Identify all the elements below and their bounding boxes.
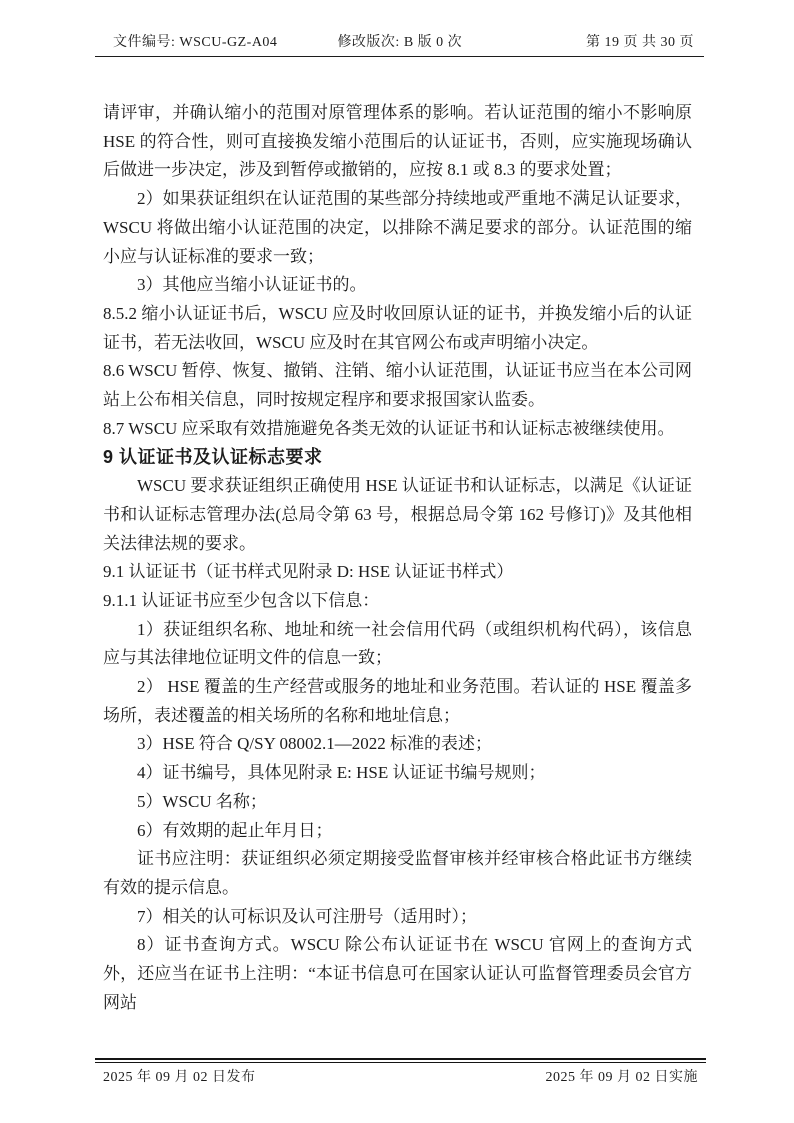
paragraph: 9.1 认证证书（证书样式见附录 D: HSE 认证证书样式） <box>103 558 692 587</box>
paragraph: 8.7 WSCU 应采取有效措施避免各类无效的认证证书和认证标志被继续使用。 <box>103 415 692 444</box>
paragraph: 3）HSE 符合 Q/SY 08002.1—2022 标准的表述； <box>103 730 692 759</box>
paragraph: 9.1.1 认证证书应至少包含以下信息： <box>103 587 692 616</box>
paragraph: 4）证书编号，具体见附录 E: HSE 认证证书编号规则； <box>103 759 692 788</box>
paragraph: 8.5.2 缩小认证证书后，WSCU 应及时收回原认证的证书，并换发缩小后的认证… <box>103 300 692 357</box>
paragraph: 2） HSE 覆盖的生产经营或服务的地址和业务范围。若认证的 HSE 覆盖多场所… <box>103 673 692 730</box>
paragraph: 5）WSCU 名称； <box>103 788 692 817</box>
footer-divider <box>95 1058 706 1063</box>
page-footer: 2025 年 09 月 02 日发布 2025 年 09 月 02 日实施 <box>103 1066 698 1086</box>
paragraph: 7）相关的认可标识及认可注册号（适用时）； <box>103 903 692 932</box>
doc-number: 文件编号: WSCU-GZ-A04 <box>113 31 277 51</box>
document-page: 文件编号: WSCU-GZ-A04 修改版次: B 版 0 次 第 19 页 共… <box>0 0 794 1123</box>
paragraph: 请评审，并确认缩小的范围对原管理体系的影响。若认证范围的缩小不影响原 HSE 的… <box>103 99 692 185</box>
paragraph: 6）有效期的起止年月日； <box>103 817 692 846</box>
implement-date: 2025 年 09 月 02 日实施 <box>546 1066 699 1086</box>
header-divider <box>95 56 704 57</box>
section-heading: 9 认证证书及认证标志要求 <box>103 443 692 472</box>
paragraph: WSCU 要求获证组织正确使用 HSE 认证证书和认证标志，以满足《认证证书和认… <box>103 472 692 558</box>
paragraph: 8）证书查询方式。WSCU 除公布认证证书在 WSCU 官网上的查询方式外，还应… <box>103 931 692 1017</box>
paragraph: 2）如果获证组织在认证范围的某些部分持续地或严重地不满足认证要求，WSCU 将做… <box>103 185 692 271</box>
paragraph: 证书应注明：获证组织必须定期接受监督审核并经审核合格此证书方继续有效的提示信息。 <box>103 845 692 902</box>
page-number-info: 第 19 页 共 30 页 <box>586 31 694 51</box>
revision-info: 修改版次: B 版 0 次 <box>337 31 462 51</box>
paragraph: 8.6 WSCU 暂停、恢复、撤销、注销、缩小认证范围，认证证书应当在本公司网站… <box>103 357 692 414</box>
paragraph: 1）获证组织名称、地址和统一社会信用代码（或组织机构代码），该信息应与其法律地位… <box>103 616 692 673</box>
page-header: 文件编号: WSCU-GZ-A04 修改版次: B 版 0 次 第 19 页 共… <box>113 31 694 51</box>
release-date: 2025 年 09 月 02 日发布 <box>103 1066 256 1086</box>
document-body: 请评审，并确认缩小的范围对原管理体系的影响。若认证范围的缩小不影响原 HSE 的… <box>103 99 692 1018</box>
paragraph: 3）其他应当缩小认证证书的。 <box>103 271 692 300</box>
